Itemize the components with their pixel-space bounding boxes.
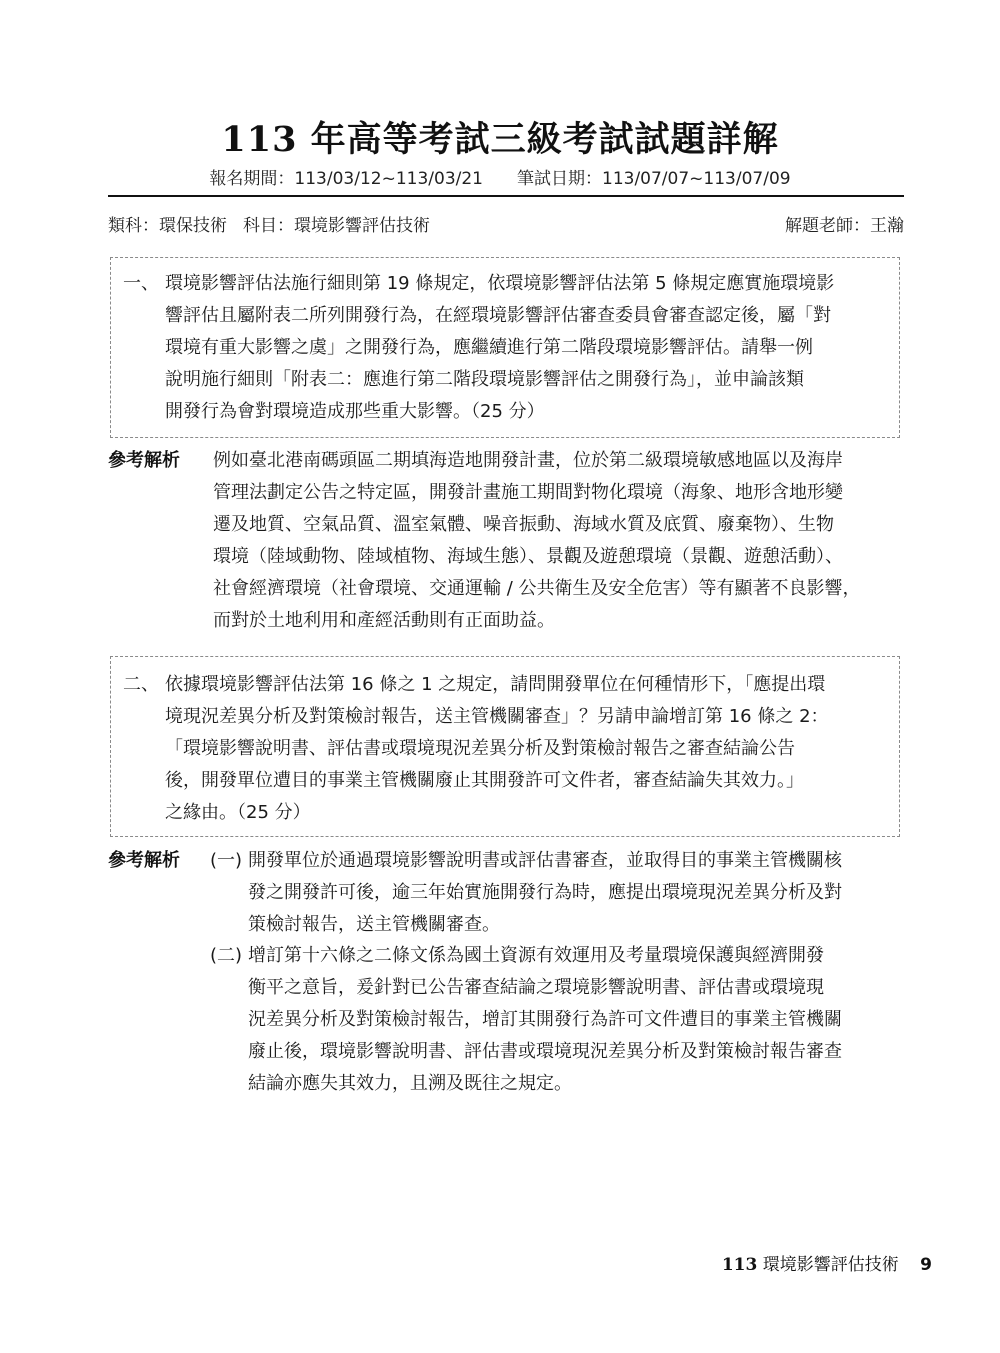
category: 類科：環保技術 [108, 216, 227, 236]
question-line: 「環境影響說明書、評估書或環境現況差異分析及對策檢討報告之審查結論公告 [165, 733, 887, 765]
question-line: 開發行為會對環境造成那些重大影響。（25 分） [165, 396, 887, 428]
page-footer: 113 環境影響評估技術 9 [722, 1252, 932, 1278]
question-line: 環境影響評估法施行細則第 19 條規定，依環境影響評估法第 5 條規定應實施環境… [165, 268, 887, 300]
footer-subject: 環境影響評估技術 [763, 1255, 899, 1275]
answer-line: 社會經濟環境（社會環境、交通運輸 / 公共衛生及安全危害）等有顯著不良影響， [213, 573, 861, 605]
question-box-2: 二、 依據環境影響評估法第 16 條之 1 之規定，請問開發單位在何種情形下，「… [110, 656, 900, 837]
answer-line: 衡平之意旨，爰針對已公告審查結論之環境影響說明書、評估書或環境現 [248, 972, 842, 1004]
question-number: 一、 [123, 268, 159, 300]
question-number: 二、 [123, 669, 159, 701]
question-line: 依據環境影響評估法第 16 條之 1 之規定，請問開發單位在何種情形下，「應提出… [165, 669, 887, 701]
exam-dates-line: 報名期間：113/03/12~113/03/21筆試日期：113/07/07~1… [0, 165, 1000, 193]
question-line: 之緣由。（25 分） [165, 797, 887, 829]
question-text: 依據環境影響評估法第 16 條之 1 之規定，請問開發單位在何種情形下，「應提出… [165, 669, 887, 829]
subject: 科目：環境影響評估技術 [243, 216, 430, 236]
registration-dates: 113/03/12~113/03/21 [294, 169, 483, 189]
answer-line: 而對於土地利用和產經活動則有正面助益。 [213, 605, 861, 637]
teacher: 解題老師：王瀚 [785, 212, 904, 240]
answer-line: 例如臺北港南碼頭區二期填海造地開發計畫，位於第二級環境敏感地區以及海岸 [213, 445, 861, 477]
footer-year: 113 [722, 1255, 758, 1275]
exam-meta: 類科：環保技術科目：環境影響評估技術 解題老師：王瀚 [108, 212, 904, 240]
question-line: 環境有重大影響之虞」之開發行為，應繼續進行第二階段環境影響評估。請舉一例 [165, 332, 887, 364]
question-line: 響評估且屬附表二所列開發行為，在經環境影響評估審查委員會審查認定後，屬「對 [165, 300, 887, 332]
item-marker: (一) [210, 845, 242, 877]
answer-line: 況差異分析及對策檢討報告，增訂其開發行為許可文件遭目的事業主管機關 [248, 1004, 842, 1036]
page-number: 9 [920, 1255, 932, 1275]
answer-line: 開發單位於通過環境影響說明書或評估書審查，並取得目的事業主管機關核 [248, 845, 842, 877]
answer-line: 遷及地質、空氣品質、溫室氣體、噪音振動、海域水質及底質、廢棄物）、生物 [213, 509, 861, 541]
answer-line: 策檢討報告，送主管機關審查。 [248, 909, 842, 941]
question-box-1: 一、 環境影響評估法施行細則第 19 條規定，依環境影響評估法第 5 條規定應實… [110, 257, 900, 438]
answer-item-1: 開發單位於通過環境影響說明書或評估書審查，並取得目的事業主管機關核 發之開發許可… [248, 845, 842, 941]
header-divider [108, 195, 904, 197]
question-text: 環境影響評估法施行細則第 19 條規定，依環境影響評估法第 5 條規定應實施環境… [165, 268, 887, 428]
answer-label: 參考解析 [108, 445, 180, 477]
question-line: 境現況差異分析及對策檢討報告，送主管機關審查」？另請申論增訂第 16 條之 2： [165, 701, 887, 733]
answer-label: 參考解析 [108, 845, 180, 877]
answer-line: 環境（陸域動物、陸域植物、海域生態）、景觀及遊憩環境（景觀、遊憩活動）、 [213, 541, 861, 573]
answer-line: 廢止後，環境影響說明書、評估書或環境現況差異分析及對策檢討報告審查 [248, 1036, 842, 1068]
registration-label: 報名期間： [209, 169, 294, 189]
exam-label: 筆試日期： [517, 169, 602, 189]
question-line: 說明施行細則「附表二：應進行第二階段環境影響評估之開發行為」，並申論該類 [165, 364, 887, 396]
answer-item-2: 增訂第十六條之二條文係為國土資源有效運用及考量環境保護與經濟開發 衡平之意旨，爰… [248, 940, 842, 1100]
answer-line: 管理法劃定公告之特定區，開發計畫施工期間對物化環境（海象、地形含地形變 [213, 477, 861, 509]
answer-body-1: 例如臺北港南碼頭區二期填海造地開發計畫，位於第二級環境敏感地區以及海岸 管理法劃… [213, 445, 861, 637]
exam-dates: 113/07/07~113/07/09 [602, 169, 791, 189]
page-title: 113 年高等考試三級考試試題詳解 [0, 115, 1000, 165]
answer-line: 增訂第十六條之二條文係為國土資源有效運用及考量環境保護與經濟開發 [248, 940, 842, 972]
answer-line: 發之開發許可後，逾三年始實施開發行為時，應提出環境現況差異分析及對 [248, 877, 842, 909]
question-line: 後，開發單位遭目的事業主管機關廢止其開發許可文件者，審查結論失其效力。」 [165, 765, 887, 797]
item-marker: (二) [210, 940, 242, 972]
answer-line: 結論亦應失其效力，且溯及既往之規定。 [248, 1068, 842, 1100]
